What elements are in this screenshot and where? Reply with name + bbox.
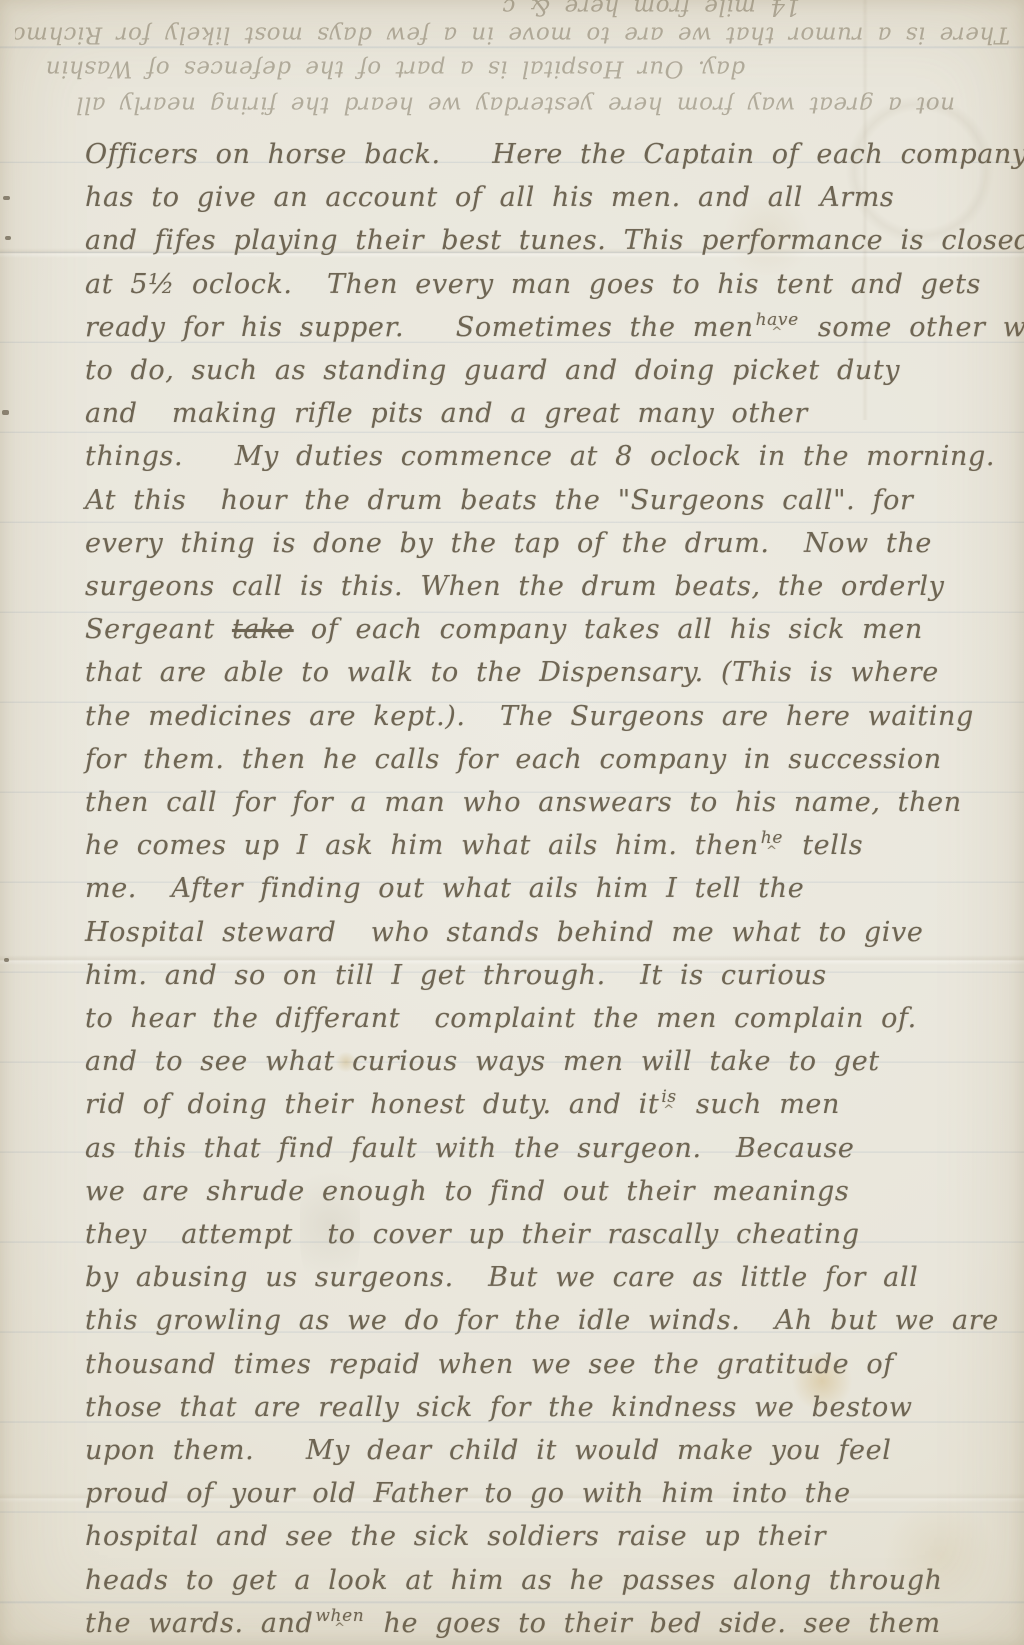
handwritten-line: Sergeant take of each company takes all …: [85, 608, 923, 651]
handwritten-line: thousand times repaid when we see the gr…: [85, 1343, 894, 1386]
handwritten-line: for them. then he calls for each company…: [85, 738, 942, 781]
handwritten-line: things. My duties commence at 8 oclock i…: [85, 435, 995, 478]
handwritten-line: proud of your old Father to go with him …: [85, 1472, 851, 1515]
handwritten-line: the medicines are kept.). The Surgeons a…: [85, 695, 974, 738]
insertion-caret-icon: ^: [771, 327, 783, 338]
handwritten-line: that are able to walk to the Dispensary.…: [85, 651, 939, 694]
handwritten-line: at 5½ oclock. Then every man goes to his…: [85, 263, 981, 306]
handwritten-line: and to see what curious ways men will ta…: [85, 1040, 880, 1083]
inserted-word: is^: [661, 1090, 676, 1115]
handwritten-line: me. After finding out what ails him I te…: [85, 867, 804, 910]
handwritten-line: they attempt to cover up their rascally …: [85, 1213, 860, 1256]
handwritten-line: rid of doing their honest duty. and itis…: [85, 1083, 840, 1126]
letter-page: 14 mile from here & c —There is a rumor …: [0, 0, 1024, 1645]
handwritten-line: ready for his supper. Sometimes the menh…: [85, 306, 1020, 349]
handwritten-line: and fifes playing their best tunes. This…: [85, 219, 1020, 262]
handwritten-line: heads to get a look at him as he passes …: [85, 1559, 943, 1602]
handwritten-line: then call for for a man who answears to …: [85, 781, 962, 824]
inserted-word: he^: [761, 831, 783, 856]
handwritten-line: by abusing us surgeons. But we care as l…: [85, 1256, 918, 1299]
handwritten-line: him. and so on till I get through. It is…: [85, 954, 827, 997]
handwritten-line: Hospital steward who stands behind me wh…: [85, 911, 923, 954]
insertion-caret-icon: ^: [663, 1105, 675, 1116]
handwritten-line: to hear the differant complaint the men …: [85, 997, 917, 1040]
handwritten-line: this growling as we do for the idle wind…: [85, 1299, 999, 1342]
struck-out-word: take: [232, 614, 294, 645]
handwritten-line: upon them. My dear child it would make y…: [85, 1429, 891, 1472]
handwritten-line: we are shrude enough to find out their m…: [85, 1170, 849, 1213]
handwritten-line: he comes up I ask him what ails him. the…: [85, 824, 863, 867]
handwritten-line: has to give an account of all his men. a…: [85, 176, 894, 219]
handwritten-line: surgeons call is this. When the drum bea…: [85, 565, 944, 608]
letter-body: Officers on horse back. Here the Captain…: [0, 0, 1024, 1645]
inserted-word: have^: [756, 313, 799, 338]
insertion-caret-icon: ^: [766, 846, 778, 857]
inserted-word: when^: [315, 1609, 364, 1634]
handwritten-line: and making rifle pits and a great many o…: [85, 392, 808, 435]
handwritten-line: At this hour the drum beats the "Surgeon…: [85, 479, 913, 522]
handwritten-line: the wards. andwhen^ he goes to their bed…: [85, 1602, 941, 1645]
handwritten-line: to do, such as standing guard and doing …: [85, 349, 900, 392]
handwritten-line: every thing is done by the tap of the dr…: [85, 522, 932, 565]
handwritten-line: those that are really sick for the kindn…: [85, 1386, 913, 1429]
handwritten-line: as this that find fault with the surgeon…: [85, 1127, 855, 1170]
handwritten-line: hospital and see the sick soldiers raise…: [85, 1515, 826, 1558]
insertion-caret-icon: ^: [334, 1623, 346, 1634]
handwritten-line: Officers on horse back. Here the Captain…: [85, 133, 1020, 176]
